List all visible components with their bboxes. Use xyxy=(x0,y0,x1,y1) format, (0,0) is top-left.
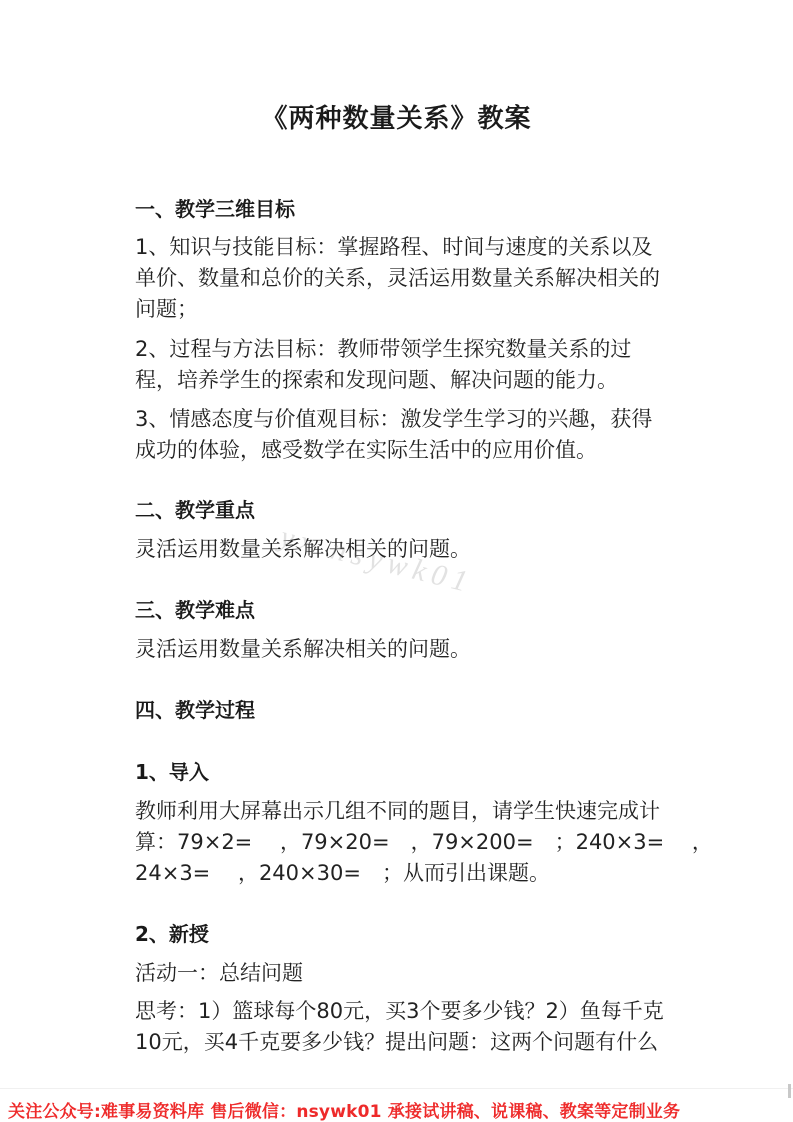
objective-2-line-2: 程，培养学生的探索和发现问题、解决问题的能力。 xyxy=(135,364,618,394)
subsection-heading-new-lesson: 2、新授 xyxy=(135,918,209,947)
difficulties-text: 灵活运用数量关系解决相关的问题。 xyxy=(135,633,471,663)
section-heading-key-points: 二、教学重点 xyxy=(135,494,255,523)
intro-line-3: 24×3= ，240×30= ；从而引出课题。 xyxy=(135,857,550,887)
activity-one-label: 活动一：总结问题 xyxy=(135,957,303,987)
section-heading-difficulties: 三、教学难点 xyxy=(135,594,255,623)
objective-3-line-2: 成功的体验，感受数学在实际生活中的应用价值。 xyxy=(135,434,597,464)
think-line-2: 10元，买4千克要多少钱？提出问题：这两个问题有什么 xyxy=(135,1026,658,1056)
intro-line-2: 算：79×2= ，79×20= ，79×200= ；240×3= ， xyxy=(135,826,713,856)
objective-1-line-3: 问题； xyxy=(135,293,198,323)
footer-promo-text: 关注公众号:难事易资料库 售后微信：nsywk01 承接试讲稿、说课稿、教案等定… xyxy=(8,1097,680,1122)
section-heading-objectives: 一、教学三维目标 xyxy=(135,193,295,222)
objective-3-line-1: 3、情感态度与价值观目标：激发学生学习的兴趣，获得 xyxy=(135,403,652,433)
objective-2-line-1: 2、过程与方法目标：教师带领学生探究数量关系的过 xyxy=(135,333,631,363)
key-points-text: 灵活运用数量关系解决相关的问题。 xyxy=(135,533,471,563)
objective-1-line-1: 1、知识与技能目标：掌握路程、时间与速度的关系以及 xyxy=(135,231,652,261)
document-title: 《两种数量关系》教案 xyxy=(0,98,793,135)
scrollbar-thumb[interactable] xyxy=(788,1084,791,1098)
subsection-heading-intro: 1、导入 xyxy=(135,756,209,785)
footer-banner: 关注公众号:难事易资料库 售后微信：nsywk01 承接试讲稿、说课稿、教案等定… xyxy=(0,1088,793,1122)
think-line-1: 思考：1）篮球每个80元，买3个要多少钱？2）鱼每千克 xyxy=(135,995,664,1025)
objective-1-line-2: 单价、数量和总价的关系，灵活运用数量关系解决相关的 xyxy=(135,262,660,292)
section-heading-process: 四、教学过程 xyxy=(135,694,255,723)
intro-line-1: 教师利用大屏幕出示几组不同的题目，请学生快速完成计 xyxy=(135,795,660,825)
document-page: 《两种数量关系》教案 一、教学三维目标 1、知识与技能目标：掌握路程、时间与速度… xyxy=(0,0,793,1085)
